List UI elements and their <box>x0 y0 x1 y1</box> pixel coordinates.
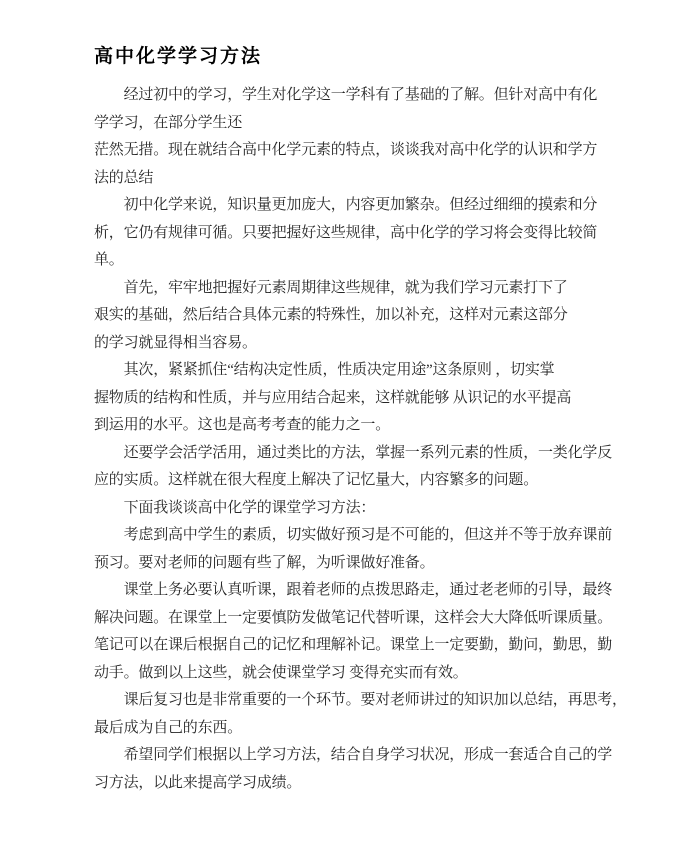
text-line: 还要学会活学活用，通过类比的方法，掌握一系列元素的性质，一类化学反 <box>94 440 614 468</box>
text-line: 课堂上务必要认真听课，跟着老师的点拨思路走，通过老老师的引导，最终 <box>94 577 614 605</box>
document-title: 高中化学学习方法 <box>94 44 614 70</box>
text-line: 单。 <box>94 247 614 275</box>
text-line: 初中化学来说，知识量更加庞大，内容更加繁杂。但经过细细的摸索和分 <box>94 192 614 220</box>
text-line: 其次，紧紧抓住“结构决定性质，性质决定用途”这条原则 ，切实掌 <box>94 357 614 385</box>
text-line: 经过初中的学习，学生对化学这一学科有了基础的了解。但针对高中有化 <box>94 82 614 110</box>
text-line: 动手。做到以上这些，就会使课堂学习 变得充实而有效。 <box>94 660 614 688</box>
text-line: 课后复习也是非常重要的一个环节。要对老师讲过的知识加以总结，再思考， <box>94 687 614 715</box>
document-page: 高中化学学习方法 经过初中的学习，学生对化学这一学科有了基础的了解。但针对高中有… <box>0 0 698 842</box>
text-line: 握物质的结构和性质，并与应用结合起来，这样就能够 从识记的水平提高 <box>94 385 614 413</box>
text-line: 的学习就显得相当容易。 <box>94 330 614 358</box>
text-line: 考虑到高中学生的素质，切实做好预习是不可能的，但这并不等于放弃课前 <box>94 522 614 550</box>
text-line: 应的实质。这样就在很大程度上解决了记忆量大，内容繁多的问题。 <box>94 467 614 495</box>
text-line: 茫然无措。现在就结合高中化学元素的特点，谈谈我对高中化学的认识和学方 <box>94 137 614 165</box>
text-line: 下面我谈谈高中化学的课堂学习方法： <box>94 495 614 523</box>
text-line: 首先，牢牢地把握好元素周期律这些规律，就为我们学习元素打下了 <box>94 275 614 303</box>
text-line: 希望同学们根据以上学习方法，结合自身学习状况，形成一套适合自己的学 <box>94 742 614 770</box>
text-line: 学学习，在部分学生还 <box>94 110 614 138</box>
text-line: 法的总结 <box>94 165 614 193</box>
text-line: 预习。要对老师的问题有些了解，为听课做好准备。 <box>94 550 614 578</box>
text-line: 最后成为自己的东西。 <box>94 715 614 743</box>
text-line: 习方法，以此来提高学习成绩。 <box>94 770 614 798</box>
text-line: 析，它仍有规律可循。只要把握好这些规律，高中化学的学习将会变得比较简 <box>94 220 614 248</box>
text-line: 笔记可以在课后根据自己的记忆和理解补记。课堂上一定要勤，勤问，勤思，勤 <box>94 632 614 660</box>
document-content: 高中化学学习方法 经过初中的学习，学生对化学这一学科有了基础的了解。但针对高中有… <box>94 44 614 797</box>
document-body: 经过初中的学习，学生对化学这一学科有了基础的了解。但针对高中有化学学习，在部分学… <box>94 82 614 797</box>
text-line: 解决问题。在课堂上一定要慎防发做笔记代替听课，这样会大大降低听课质量。 <box>94 605 614 633</box>
text-line: 到运用的水平。这也是高考考查的能力之一。 <box>94 412 614 440</box>
text-line: 艰实的基础，然后结合具体元素的特殊性，加以补充，这样对元素这部分 <box>94 302 614 330</box>
